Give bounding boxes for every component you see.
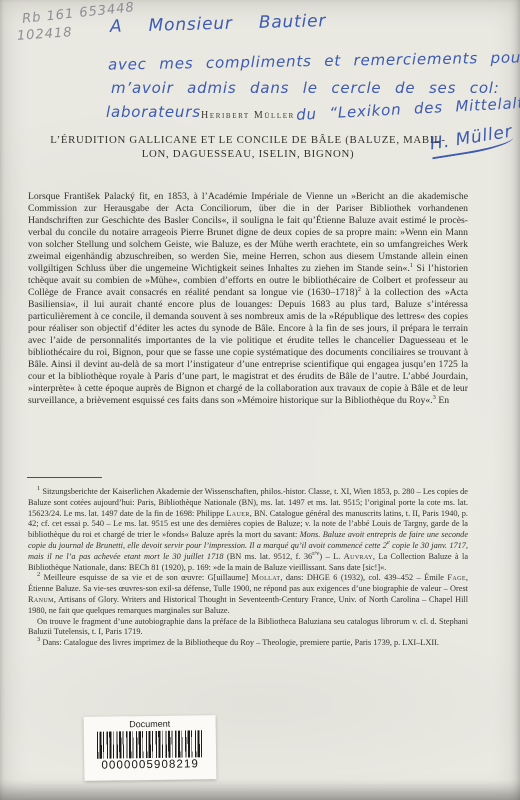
footnote-author-name: Mollat xyxy=(252,573,281,582)
footnote-2-continuation: On trouve le fragment d’une autobiograph… xyxy=(28,617,468,639)
dedication-line-3: m’avoir admis dans le cercle de ses col: xyxy=(111,79,500,97)
barcode-caption: Document xyxy=(84,718,216,730)
barcode-number: 0000005908219 xyxy=(84,758,216,773)
footnote-text: Meilleure esquisse de sa vie et de son œ… xyxy=(40,573,251,582)
barcode-icon xyxy=(97,730,203,758)
footnote-text: , Artisans of Glory. Writers and Histori… xyxy=(28,595,468,615)
body-segment: En xyxy=(436,395,449,406)
body-segment: Lorsque František Palacký fit, en 1853, … xyxy=(28,191,468,274)
article-body-paragraph: Lorsque František Palacký fit, en 1853, … xyxy=(28,191,468,407)
footnote-text: (BN ms. lat. 9512, f. 36 xyxy=(224,552,313,561)
footnote-separator-rule xyxy=(27,477,102,478)
footnote-1: 1 Sitzungsberichte der Kaiserlichen Akad… xyxy=(28,487,468,573)
scanned-document-page: Rb 161 653448 102418 A Monsieur Bautier … xyxy=(0,0,520,800)
footnote-author-name: Lauer xyxy=(226,509,249,518)
footnote-author-name: Fage xyxy=(447,573,466,582)
footnote-2: 2 Meilleure esquisse de sa vie et de son… xyxy=(28,573,468,616)
article-title-line-1: L’ÉRUDITION GALLICANE ET LE CONCILE DE B… xyxy=(28,133,468,147)
footnotes-block: 1 Sitzungsberichte der Kaiserlichen Akad… xyxy=(28,487,468,649)
footnote-3: 3 Dans: Catalogue des livres imprimez de… xyxy=(28,638,468,649)
article-title: L’ÉRUDITION GALLICANE ET LE CONCILE DE B… xyxy=(28,133,468,161)
library-barcode-sticker: Document 0000005908219 xyxy=(84,715,217,781)
body-segment: à la collection des »Acta Basiliensia«, … xyxy=(28,287,468,406)
footnote-text: Dans: Catalogue des livres imprimez de l… xyxy=(40,638,439,647)
article-title-line-2: LON, DAGUESSEAU, ISELIN, BIGNON) xyxy=(28,147,468,161)
footnote-text: , dans: DHGE 6 (1932), col. 439–452 – Ém… xyxy=(280,573,447,582)
pencil-accession-number: 102418 xyxy=(17,25,74,44)
author-name: Heribert Müller xyxy=(28,110,468,121)
footnote-author-name: Auvray xyxy=(344,552,373,561)
footnote-author-name: Ranum xyxy=(28,595,54,604)
footnote-text: ) – L. xyxy=(319,552,343,561)
dedication-line-1: A Monsieur Bautier xyxy=(110,11,327,37)
footnote-text: On trouve le fragment d’une autobiograph… xyxy=(28,617,468,637)
scan-edge-shadow xyxy=(0,780,520,800)
dedication-line-2: avec mes compliments et remerciements po… xyxy=(108,48,520,73)
